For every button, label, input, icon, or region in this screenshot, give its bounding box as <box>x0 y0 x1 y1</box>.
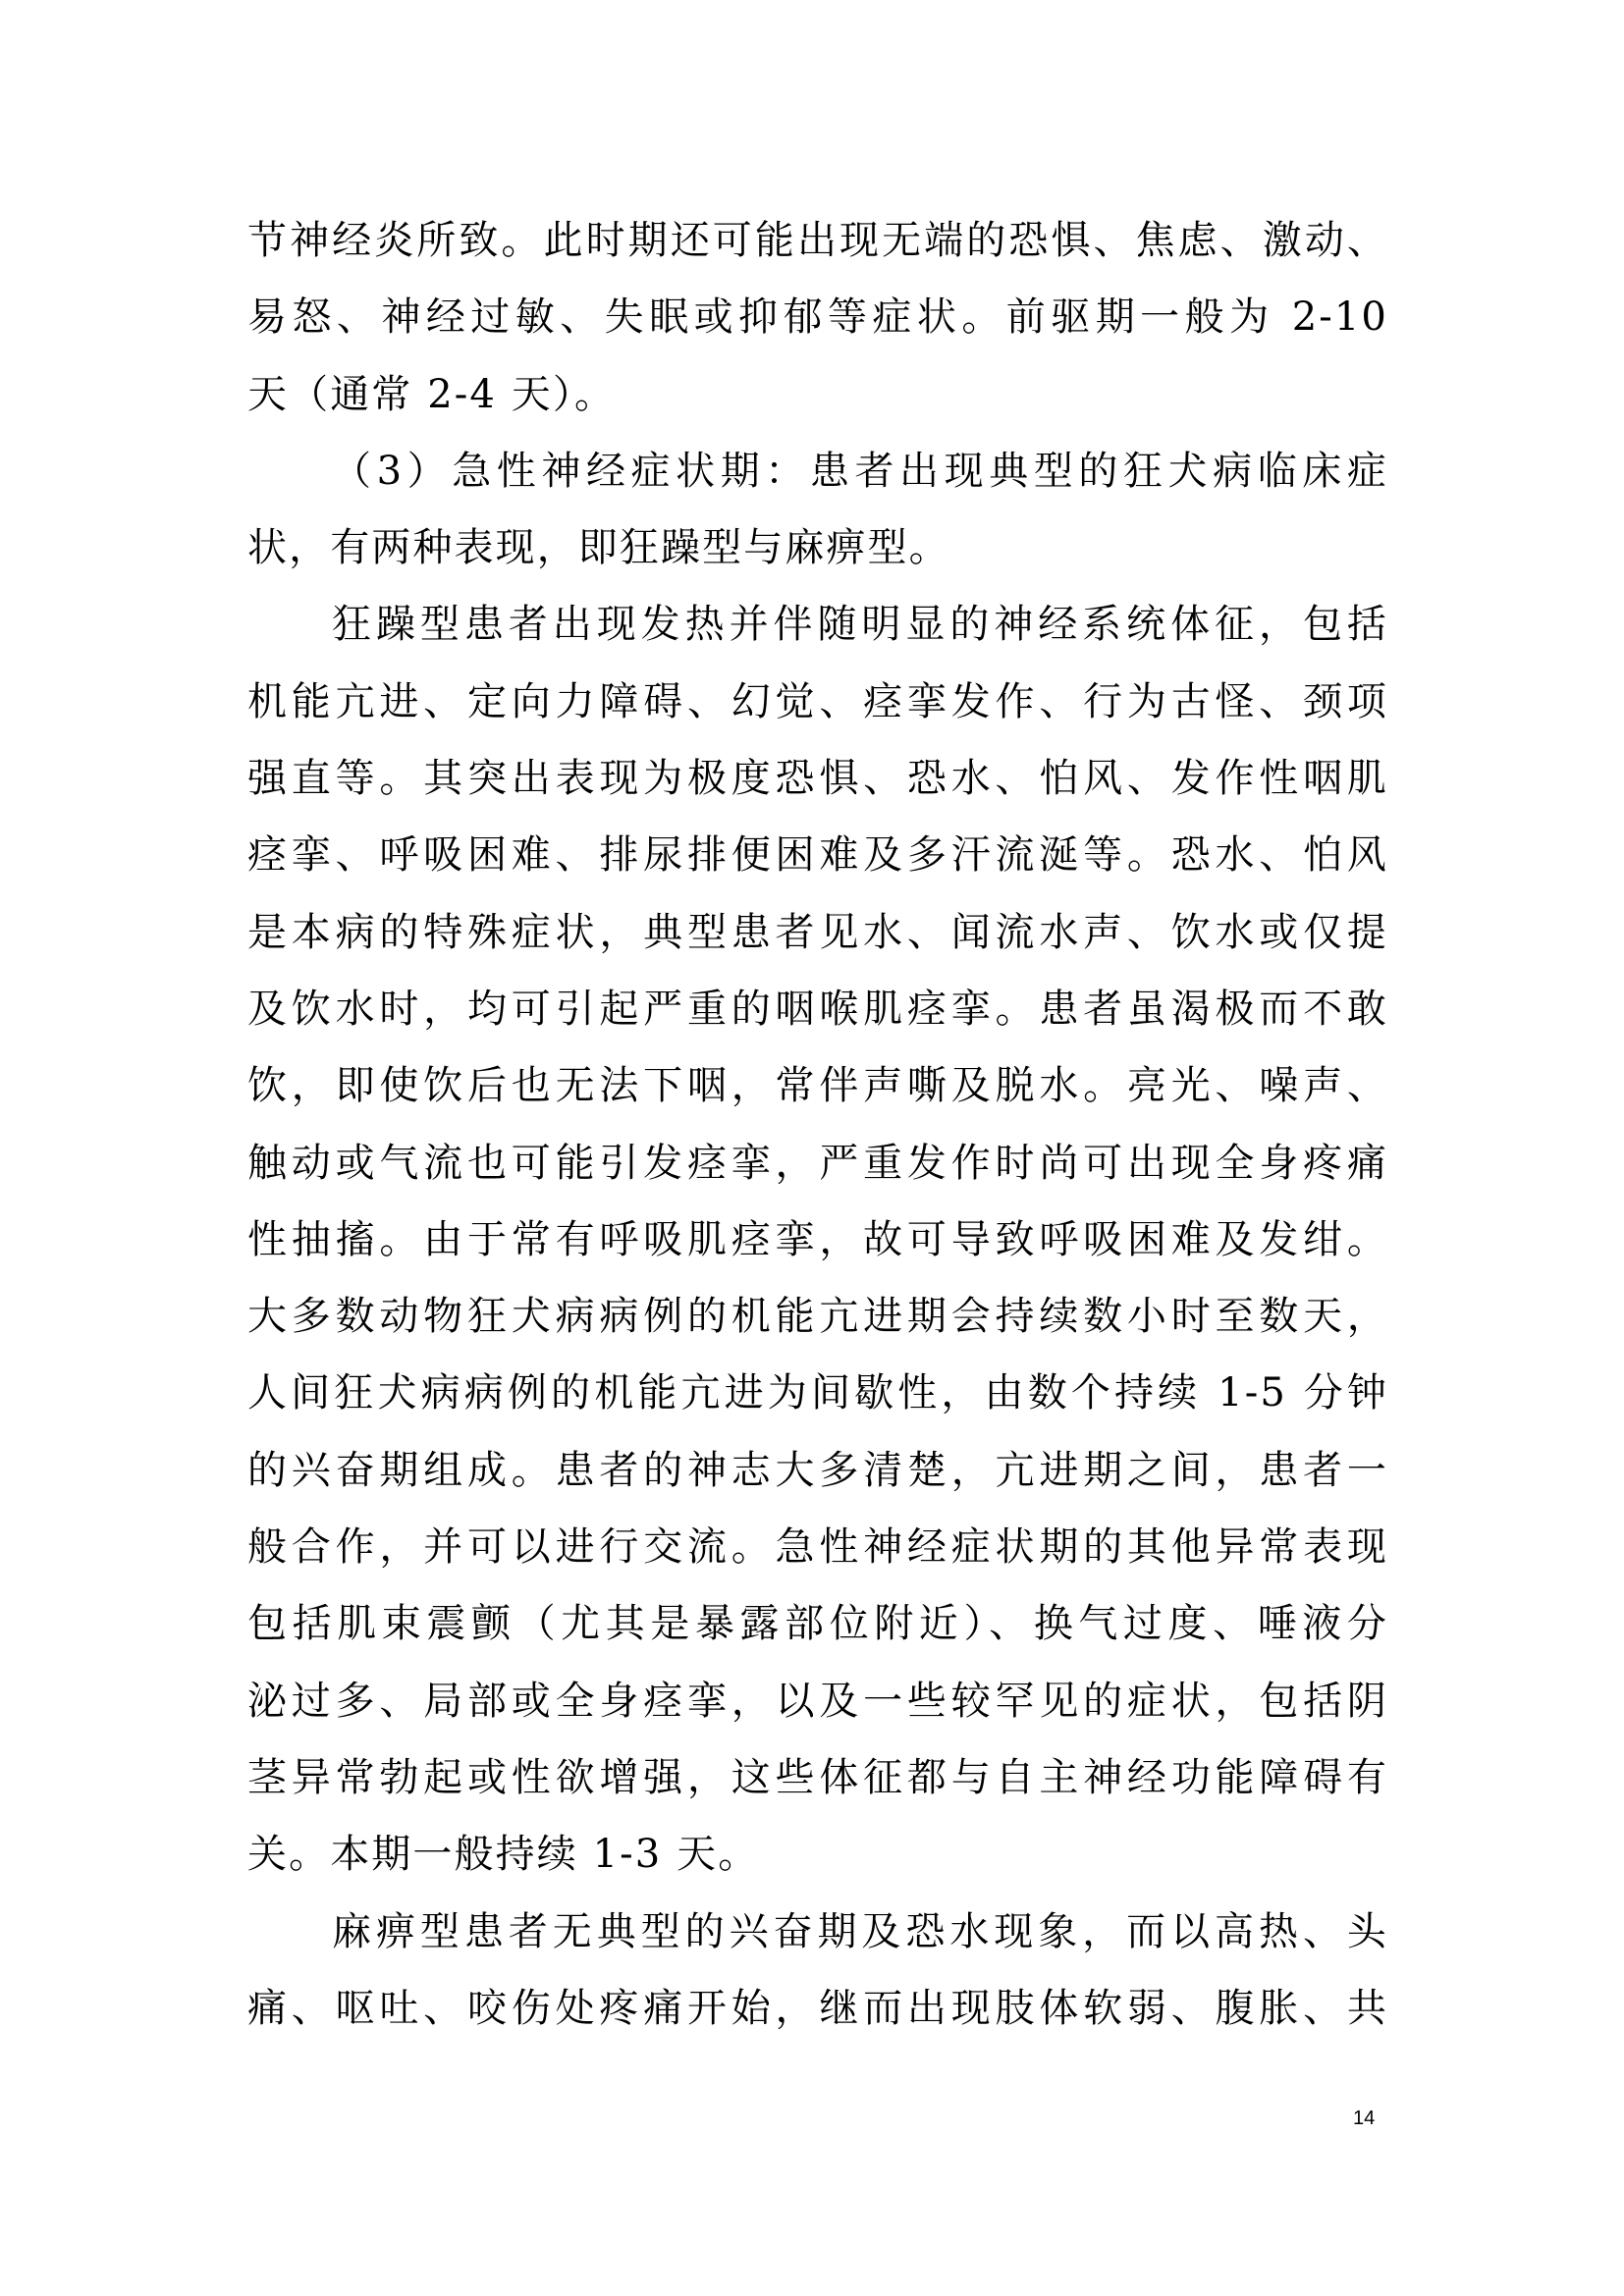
text-line: 节神经炎所致。此时期还可能出现无端的恐惧、焦虑、激动、 <box>247 202 1388 279</box>
text-line: 泌过多、局部或全身痉挛，以及一些较罕见的症状，包括阴 <box>247 1663 1388 1739</box>
text-line: 关。本期一般持续 1-3 天。 <box>247 1816 1388 1893</box>
section-heading-line: （3）急性神经症状期：患者出现典型的狂犬病临床症 <box>247 433 1388 509</box>
text-line: 易怒、神经过敏、失眠或抑郁等症状。前驱期一般为 2-10 <box>247 279 1388 355</box>
paragraph-start-line: 狂躁型患者出现发热并伴随明显的神经系统体征，包括 <box>247 586 1388 663</box>
text-line: 性抽搐。由于常有呼吸肌痉挛，故可导致呼吸困难及发绀。 <box>247 1201 1388 1278</box>
paragraph-start-line: 麻痹型患者无典型的兴奋期及恐水现象，而以高热、头 <box>247 1894 1388 1970</box>
page-number: 14 <box>1353 2108 1375 2130</box>
text-line: 般合作，并可以进行交流。急性神经症状期的其他异常表现 <box>247 1509 1388 1585</box>
text-line: 状，有两种表现，即狂躁型与麻痹型。 <box>247 509 1388 586</box>
text-line: 机能亢进、定向力障碍、幻觉、痉挛发作、行为古怪、颈项 <box>247 664 1388 740</box>
body-text: 节神经炎所致。此时期还可能出现无端的恐惧、焦虑、激动、 易怒、神经过敏、失眠或抑… <box>247 202 1388 2047</box>
text-line: 人间狂犬病病例的机能亢进为间歇性，由数个持续 1-5 分钟 <box>247 1355 1388 1431</box>
document-page: 节神经炎所致。此时期还可能出现无端的恐惧、焦虑、激动、 易怒、神经过敏、失眠或抑… <box>0 0 1624 2296</box>
text-line: 痛、呕吐、咬伤处疼痛开始，继而出现肢体软弱、腹胀、共 <box>247 1970 1388 2047</box>
text-line: 包括肌束震颤（尤其是暴露部位附近）、换气过度、唾液分 <box>247 1585 1388 1662</box>
text-line: 及饮水时，均可引起严重的咽喉肌痉挛。患者虽渴极而不敢 <box>247 971 1388 1047</box>
text-line: 强直等。其突出表现为极度恐惧、恐水、怕风、发作性咽肌 <box>247 740 1388 817</box>
text-line: 大多数动物狂犬病病例的机能亢进期会持续数小时至数天， <box>247 1278 1388 1355</box>
text-line: 茎异常勃起或性欲增强，这些体征都与自主神经功能障碍有 <box>247 1739 1388 1816</box>
text-line: 触动或气流也可能引发痉挛，严重发作时尚可出现全身疼痛 <box>247 1125 1388 1201</box>
text-line: 是本病的特殊症状，典型患者见水、闻流水声、饮水或仅提 <box>247 894 1388 971</box>
text-line: 天（通常 2-4 天）。 <box>247 356 1388 433</box>
text-line: 的兴奋期组成。患者的神志大多清楚，亢进期之间，患者一 <box>247 1432 1388 1509</box>
text-line: 痉挛、呼吸困难、排尿排便困难及多汗流涎等。恐水、怕风 <box>247 817 1388 893</box>
text-line: 饮，即使饮后也无法下咽，常伴声嘶及脱水。亮光、噪声、 <box>247 1047 1388 1124</box>
